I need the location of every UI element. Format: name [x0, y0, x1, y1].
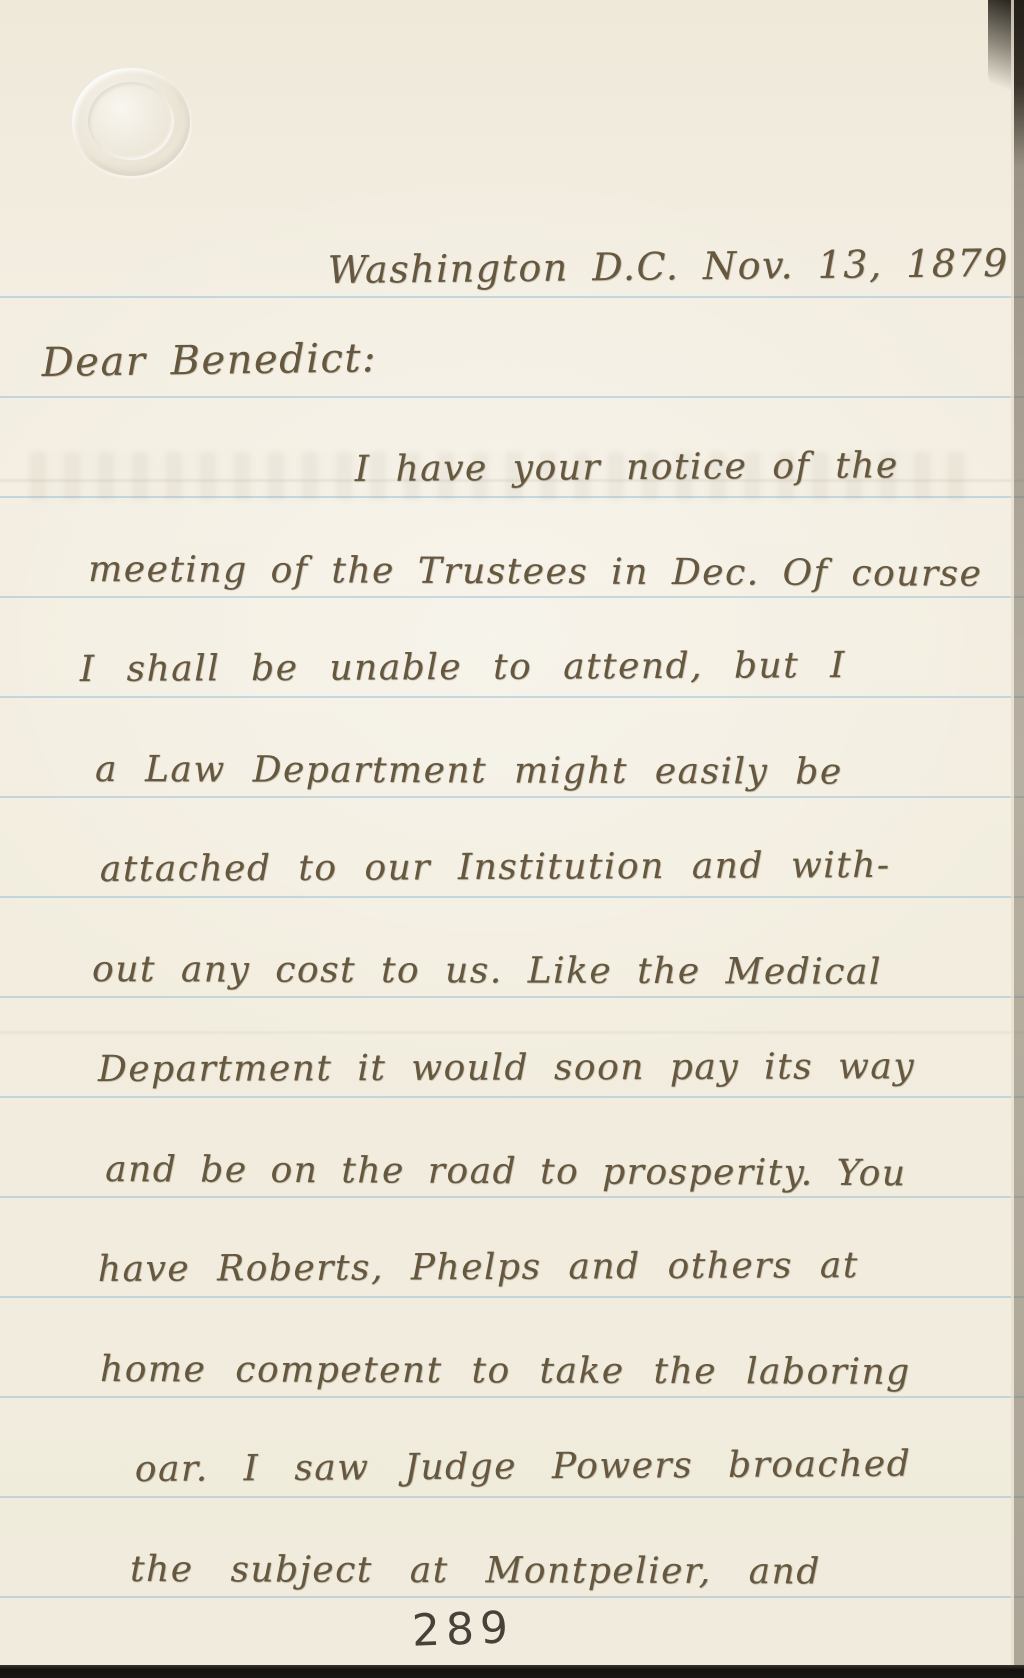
- letter-body-line: oar. I saw Judge Powers broached: [135, 1441, 912, 1494]
- embossed-seal: [72, 68, 190, 176]
- letter-body-line: the subject at Montpelier, and: [130, 1546, 821, 1596]
- letter-body-line: meeting of the Trustees in Dec. Of cours…: [88, 546, 983, 599]
- letter-body-line: have Roberts, Phelps and others at: [98, 1242, 859, 1294]
- letter-body-line: and be on the road to prosperity. You: [105, 1146, 907, 1198]
- letter-body-line: a Law Department might easily be: [95, 746, 843, 797]
- letter-page: Washington D.C. Nov. 13, 1879 Dear Bened…: [0, 0, 1024, 1678]
- paper-crease: [0, 1030, 1024, 1035]
- letter-body-line: home competent to take the laboring: [100, 1346, 911, 1397]
- letter-dateline: Washington D.C. Nov. 13, 1879: [328, 241, 1010, 292]
- scan-edge-bottom: [0, 1665, 1024, 1678]
- letter-body-line: I shall be unable to attend, but I: [80, 642, 846, 694]
- scan-edge-right: [1014, 0, 1024, 1678]
- page-number: 289: [411, 1602, 515, 1657]
- letter-body-line: Department it would soon pay its way: [98, 1043, 915, 1094]
- letter-body-line: out any cost to us. Like the Medical: [92, 946, 882, 997]
- letter-body-line: I have your notice of the: [355, 442, 899, 494]
- letter-body-line: attached to our Institution and with-: [100, 842, 891, 894]
- letter-salutation: Dear Benedict:: [41, 335, 377, 386]
